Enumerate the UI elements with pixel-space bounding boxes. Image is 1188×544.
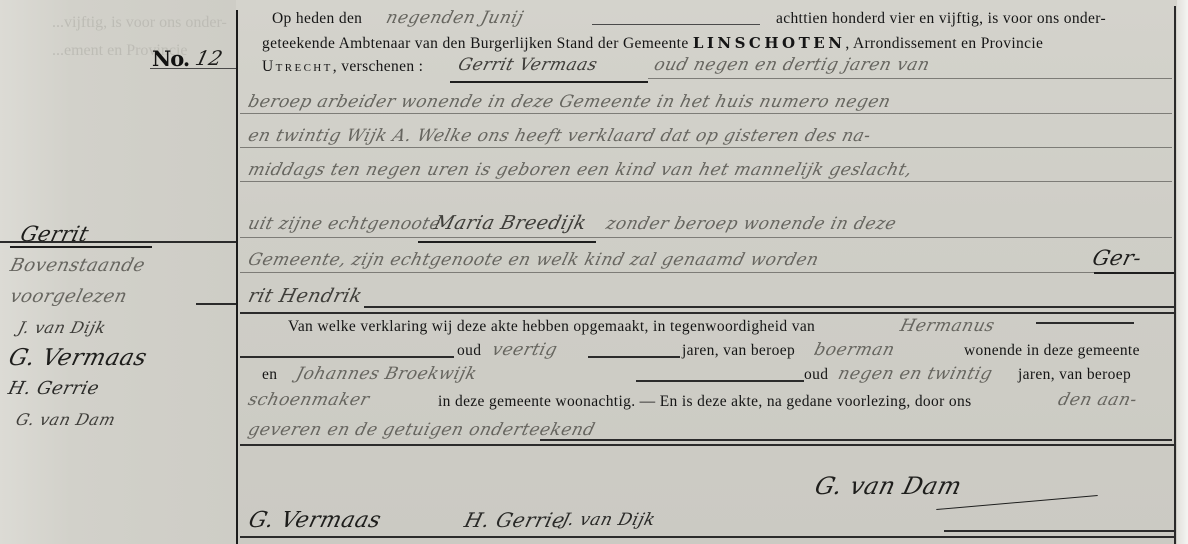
margin-signature: J. van Dijk	[16, 318, 108, 337]
section-rule	[240, 444, 1174, 446]
record-number: 12	[193, 46, 225, 70]
hand-witness1-age: veertig	[490, 340, 560, 360]
hand-closing-2: geveren en de getuigen onderteekend	[246, 420, 597, 440]
hand-line7a: uit zijne echtgenoote	[246, 214, 443, 234]
margin-note: Bovenstaande	[8, 255, 147, 276]
printed-ambtenaar: geteekende Ambtenaar van den Burgerlijke…	[262, 34, 1043, 53]
margin-column: ...vijftig, is voor ons onder- ...ement …	[0, 0, 236, 544]
bleed-through-text: ...vijftig, is voor ons onder-	[52, 14, 227, 32]
registry-page: ...vijftig, is voor ons onder- ...ement …	[0, 0, 1188, 544]
margin-signature: G. Vermaas	[6, 345, 150, 371]
column-divider	[236, 10, 238, 544]
registrar-signature: G. van Dam	[812, 472, 965, 500]
ruled-line	[240, 147, 1172, 148]
printed-witness-intro: Van welke verklaring wij deze akte hebbe…	[288, 318, 815, 336]
declarant-underline	[450, 81, 648, 83]
hand-mother-name: Maria Breedijk	[432, 212, 589, 234]
printed-oud-1: oud	[457, 342, 481, 360]
section-rule	[240, 312, 1174, 314]
signature-witness2: J. van Dijk	[560, 510, 658, 530]
printed-year: achttien honderd vier en vijftig, is voo…	[776, 10, 1106, 28]
hand-declarant: Gerrit Vermaas	[456, 55, 600, 75]
registrar-flourish	[936, 495, 1097, 510]
hand-witness2-name: Johannes Broekwijk	[294, 364, 479, 384]
bottom-rule	[240, 536, 1174, 538]
signature-declarant: G. Vermaas	[246, 508, 384, 533]
hand-witness2-occupation: schoenmaker	[246, 390, 372, 410]
printed-verschenen: Utrecht, verschenen :	[262, 58, 423, 76]
margin-signature: H. Gerrie	[6, 378, 102, 399]
hand-line4: beroep arbeider wonende in deze Gemeente…	[246, 92, 893, 112]
province-name: Utrecht	[262, 58, 333, 75]
hand-child-name-a: Ger-	[1090, 246, 1144, 270]
hand-child-name-b: rit Hendrik	[246, 285, 365, 307]
hand-witness1-occupation: boerman	[812, 340, 897, 360]
close-rule	[364, 306, 1174, 308]
page-edge	[1177, 0, 1188, 544]
fill-rule	[588, 356, 680, 358]
hand-date: negenden Junij	[384, 8, 526, 28]
child-name-underline	[1094, 272, 1174, 274]
bottom-rule-right	[944, 530, 1174, 532]
margin-rule	[196, 303, 236, 305]
fill-rule	[636, 380, 804, 382]
ruled-line	[240, 113, 1172, 114]
signature-witness1: H. Gerrie	[462, 508, 568, 532]
ruled-line	[240, 181, 1172, 182]
ruled-line	[240, 272, 1172, 273]
hand-line5: en twintig Wijk A. Welke ons heeft verkl…	[246, 126, 873, 146]
printed-jaren-beroep-1: jaren, van beroep	[682, 342, 795, 360]
hand-line3-rest: oud negen en dertig jaren van	[652, 55, 932, 75]
margin-note: voorgelezen	[8, 286, 130, 307]
hand-witness2-age: negen en twintig	[836, 364, 995, 384]
right-border	[1174, 6, 1176, 544]
fill-rule	[592, 24, 760, 25]
hand-line6: middags ten negen uren is geboren een ki…	[246, 160, 914, 180]
printed-oud-2: oud	[804, 366, 828, 384]
printed-woonachtig: in deze gemeente woonachtig. — En is dez…	[438, 393, 971, 411]
hand-line7b: zonder beroep wonende in deze	[604, 214, 899, 234]
printed-wonende: wonende in deze gemeente	[964, 342, 1140, 360]
margin-signature: G. van Dam	[14, 410, 118, 429]
record-number-underline	[150, 68, 236, 69]
fill-rule	[240, 356, 454, 358]
close-rule	[540, 439, 1172, 441]
hand-witness1-name: Hermanus	[898, 316, 997, 336]
printed-jaren-beroep-2: jaren, van beroep	[1018, 366, 1131, 384]
ruled-line	[648, 78, 1172, 79]
hand-line8: Gemeente, zijn echtgenoote en welk kind …	[246, 250, 821, 270]
margin-rule	[0, 241, 236, 243]
hand-closing-1: den aan-	[1056, 390, 1139, 410]
municipality-name: LINSCHOTEN	[693, 34, 846, 52]
margin-name-underline	[10, 246, 152, 248]
printed-en: en	[262, 366, 277, 384]
mother-underline	[418, 241, 596, 243]
ruled-line	[240, 237, 1172, 238]
printed-op-heden: Op heden den	[272, 10, 362, 28]
fill-rule	[1036, 322, 1134, 324]
